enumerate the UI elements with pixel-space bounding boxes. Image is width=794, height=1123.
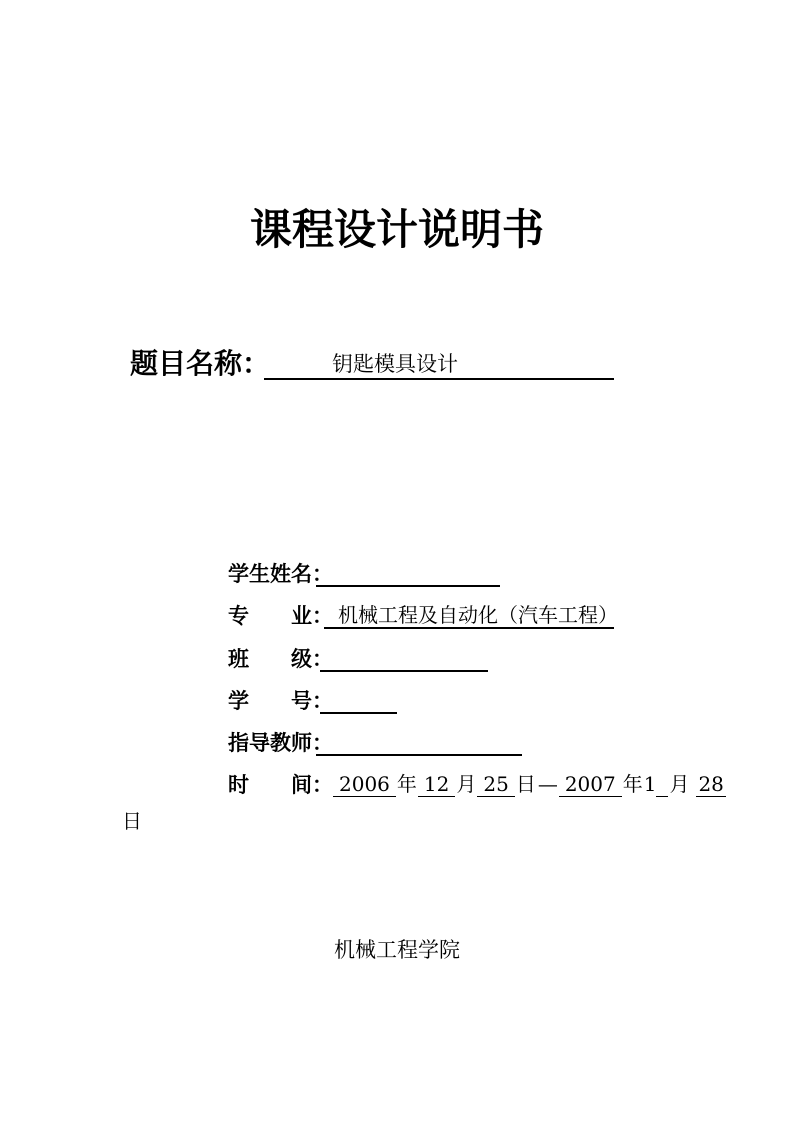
time-dash: — [538, 772, 558, 796]
time-unit-day-1: 日 [516, 772, 536, 796]
advisor-underline-field [316, 730, 522, 756]
topic-underline-field: 钥匙模具设计 [264, 351, 614, 380]
time-end-day: 28 [696, 772, 725, 797]
student-id-label: 学 号： [228, 688, 333, 714]
field-row-advisor: 指导教师： [0, 730, 794, 756]
major-label: 专 业： [228, 603, 333, 629]
field-row-student-name: 学生姓名： [0, 561, 794, 587]
topic-value: 钥匙模具设计 [332, 352, 458, 376]
field-row-class: 班 级： [0, 646, 794, 672]
field-row-major: 专 业： 机械工程及自动化（汽车工程） [0, 603, 794, 629]
student-id-underline-field [320, 688, 397, 714]
document-title: 课程设计说明书 [0, 205, 794, 254]
time-unit-month-2: 月 [669, 772, 689, 796]
class-underline-field [320, 646, 488, 672]
time-label: 时 间： [228, 772, 333, 798]
time-start-day: 25 [477, 772, 514, 797]
institution-name: 机械工程学院 [0, 938, 794, 963]
time-blank-underline [656, 772, 668, 797]
document-page: 课程设计说明书 题目名称： 钥匙模具设计 学生姓名： 专 业： 机械工程及自动化… [0, 0, 794, 1123]
time-wrap-day-unit: 日 [122, 809, 142, 834]
field-row-student-id: 学 号： [0, 688, 794, 714]
field-row-time: 时 间： 2006年12月25日—2007年1月28 [0, 772, 794, 798]
time-unit-year-2: 年 [623, 772, 643, 796]
student-name-underline-field [316, 561, 500, 587]
time-unit-month-1: 月 [456, 772, 476, 796]
time-start-year: 2006 [333, 772, 396, 797]
time-start-month: 12 [418, 772, 455, 797]
time-value: 2006年12月25日—2007年1月28 [333, 772, 726, 797]
topic-label: 题目名称： [130, 348, 270, 380]
time-end-month: 1 [644, 772, 657, 796]
time-unit-year-1: 年 [397, 772, 417, 796]
major-underline-field: 机械工程及自动化（汽车工程） [324, 603, 614, 629]
time-end-year: 2007 [559, 772, 622, 797]
class-label: 班 级： [228, 646, 333, 672]
